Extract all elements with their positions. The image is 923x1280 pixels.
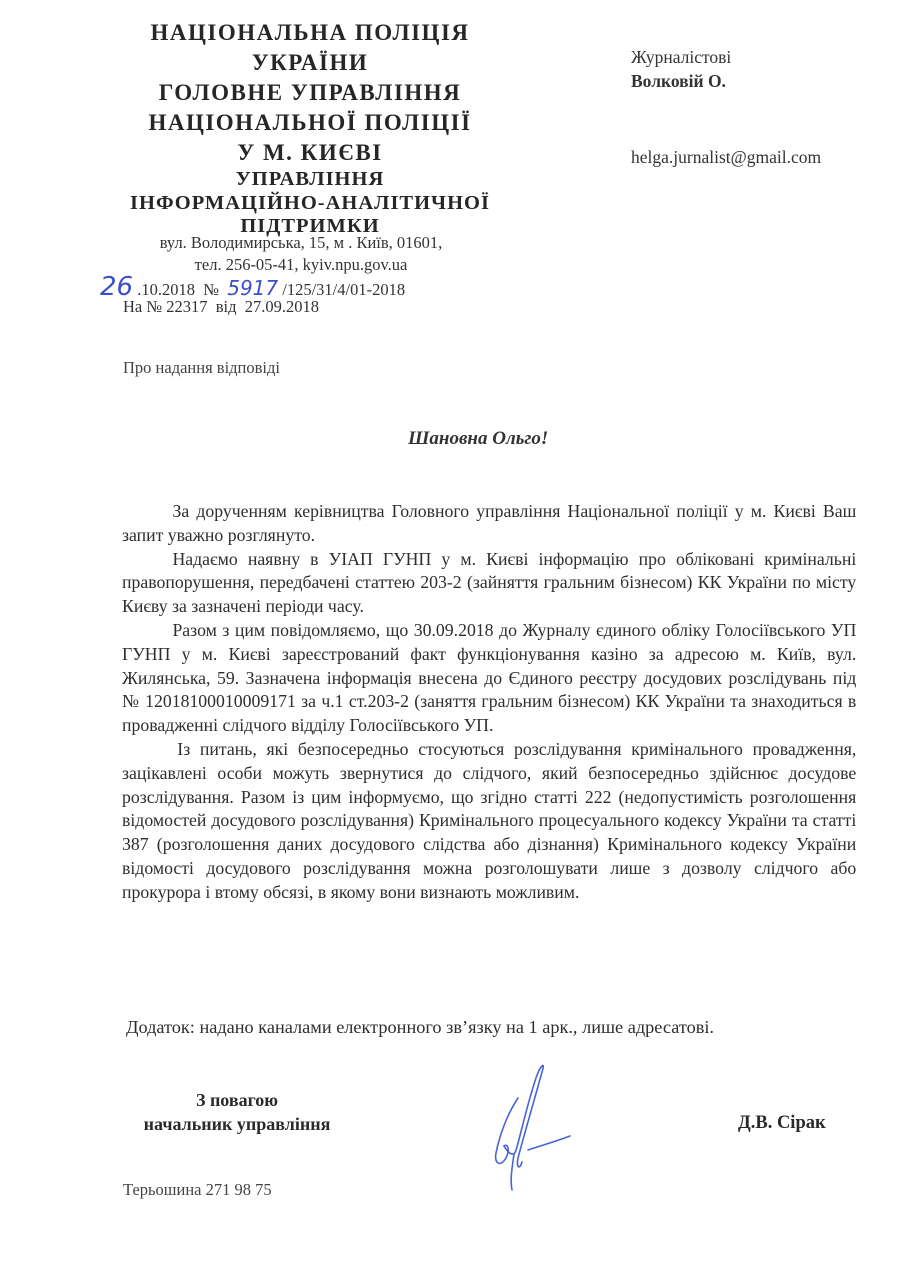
appendix-note: Додаток: надано каналами електронного зв… [126,1017,714,1038]
recipient-block: Журналістові Волковій О. [631,45,731,93]
body-paragraph: Разом з цим повідомляємо, що 30.09.2018 … [122,619,856,738]
letterhead-address: вул. Володимирська, 15, м . Київ, 01601,… [96,232,506,276]
org-line: НАЦІОНАЛЬНА ПОЛІЦІЯ [100,18,520,48]
body-paragraph: Надаємо наявну в УІАП ГУНП у м. Києві ін… [122,548,856,619]
org-line: У М. КИЄВІ [100,138,520,168]
executor-contact: Терьошина 271 98 75 [123,1180,272,1200]
subject-line: Про надання відповіді [123,358,280,378]
greeting: Шановна Ольго! [408,428,548,450]
org-line: НАЦІОНАЛЬНОЇ ПОЛІЦІЇ [100,108,520,138]
dept-line: УПРАВЛІННЯ [100,168,520,192]
recipient-name: Волковій О. [631,69,731,93]
address-line: вул. Володимирська, 15, м . Київ, 01601, [96,232,506,254]
letterhead-organization: НАЦІОНАЛЬНА ПОЛІЦІЯ УКРАЇНИ ГОЛОВНЕ УПРА… [100,18,520,239]
letter-body: За дорученням керівництва Головного упра… [122,500,857,905]
signatory-name: Д.В. Сірак [738,1113,826,1134]
signatory-position: начальник управління [122,1112,352,1136]
dept-line: ІНФОРМАЦІЙНО-АНАЛІТИЧНОЇ [100,192,520,216]
handwritten-signature-icon [478,1058,588,1193]
recipient-title: Журналістові [631,45,731,69]
recipient-email: helga.jurnalist@gmail.com [631,147,821,168]
closing-block: З повагою начальник управління [122,1088,352,1136]
body-paragraph: За дорученням керівництва Головного упра… [122,500,856,548]
incoming-reference: На № 22317 від 27.09.2018 [123,297,319,317]
closing-regards: З повагою [122,1088,352,1112]
org-line: ГОЛОВНЕ УПРАВЛІННЯ [100,78,520,108]
body-paragraph: Із питань, які безпосередньо стосуються … [122,738,856,905]
org-line: УКРАЇНИ [100,48,520,78]
